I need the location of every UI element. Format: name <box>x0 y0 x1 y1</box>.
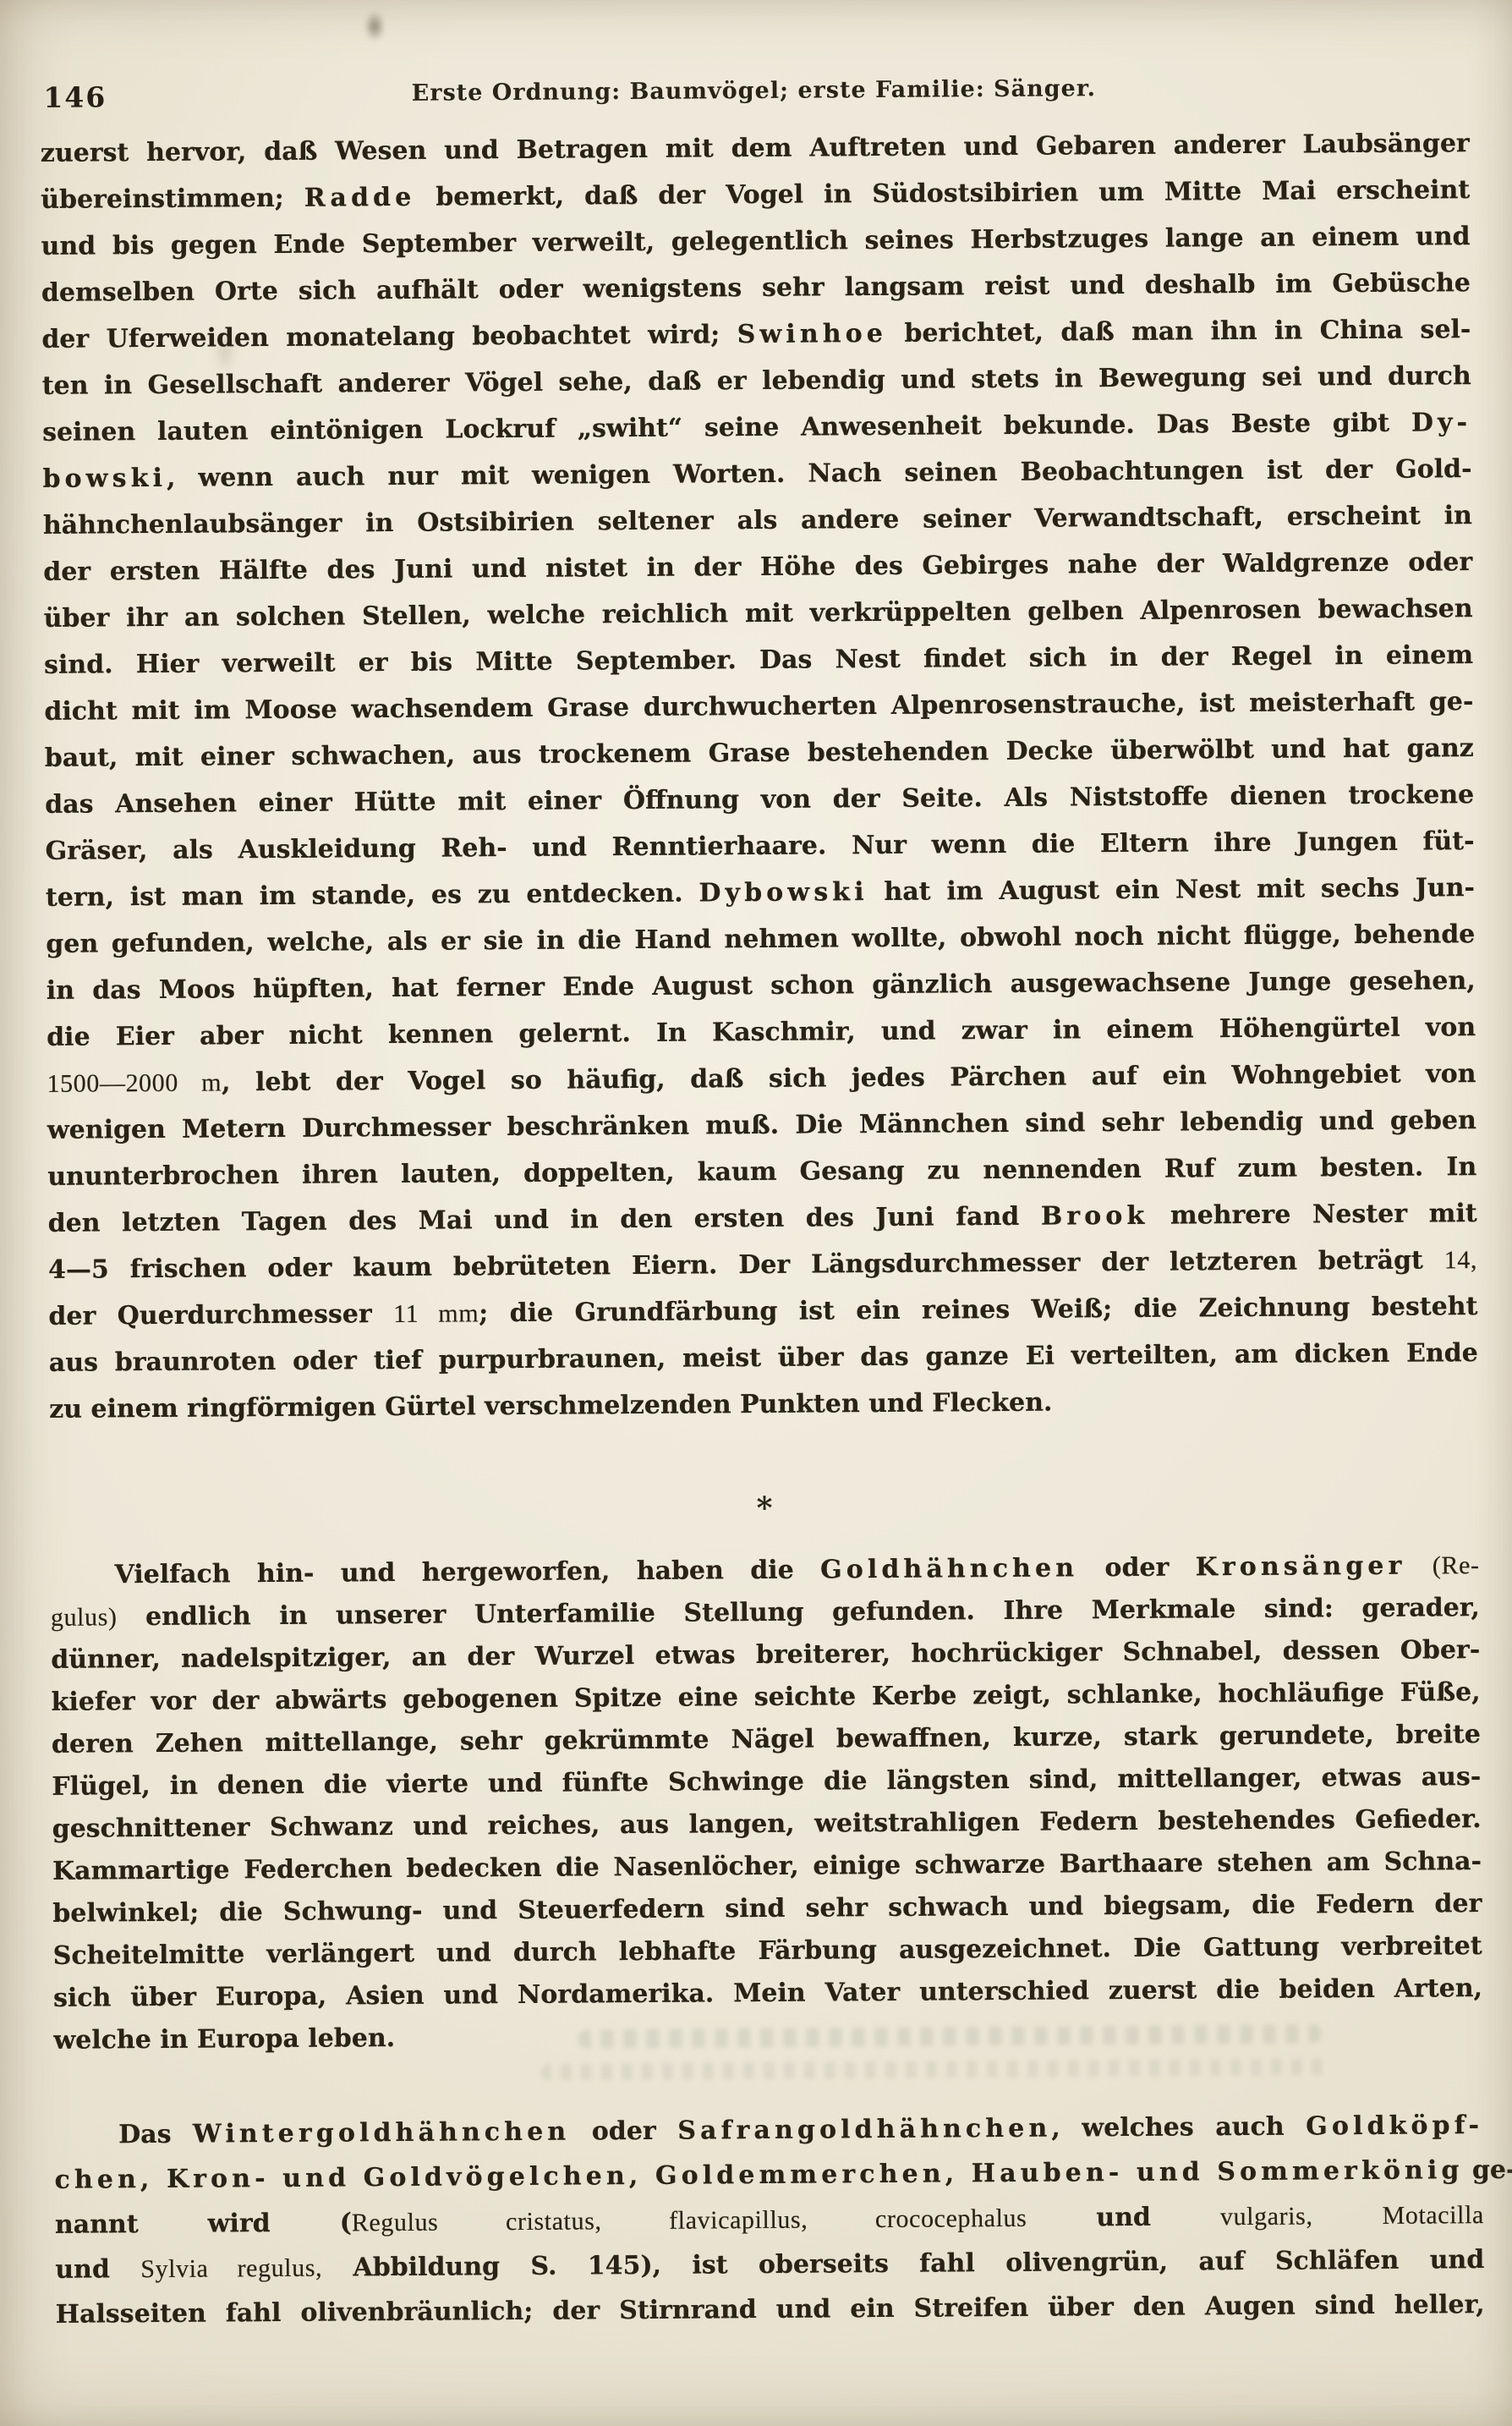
text-line: aus braunroten oder tief purpurbraunen, … <box>49 1330 1478 1386</box>
bleedthrough-ghost-line <box>540 2058 1331 2081</box>
section-divider-asterisk: * <box>50 1485 1479 1538</box>
text-line: zu einem ringförmigen Gürtel verschmelze… <box>49 1376 1478 1433</box>
paragraph-1: zuerst hervor, daß Wesen und Betragen mi… <box>41 120 1479 1433</box>
text-line: welche in Europa leben. <box>53 2010 1482 2062</box>
paragraph-2: Vielfach hin- und hergeworfen, haben die… <box>50 1545 1482 2062</box>
text-line: Halsseiten fahl olivenbräunlich; der Sti… <box>55 2282 1484 2337</box>
text-block: zuerst hervor, daß Wesen und Betragen mi… <box>40 0 1486 2426</box>
paragraph-3: Das Wintergoldhähnchen oder Safrangoldhä… <box>54 2103 1485 2337</box>
book-page-scan: 146 Erste Ordnung: Baumvögel; erste Fami… <box>0 0 1512 2426</box>
scanned-content: 146 Erste Ordnung: Baumvögel; erste Fami… <box>0 0 1512 2426</box>
